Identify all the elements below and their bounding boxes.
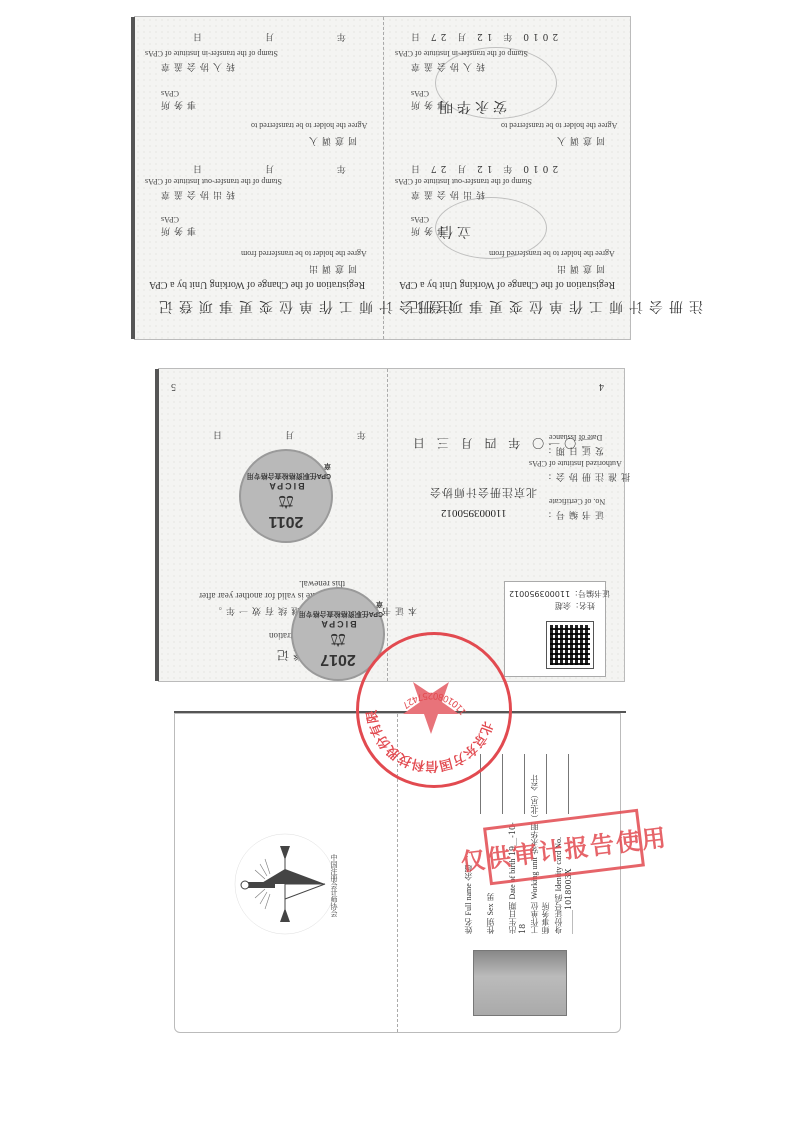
agree-in-en: Agree the holder to be transferred to	[501, 121, 617, 130]
title-cn: 注册会计师工作单位变更事项登记	[403, 297, 703, 317]
authorized-label-en: Authorized Institute of CPAs	[529, 459, 622, 468]
label-en: Full name	[464, 883, 473, 915]
page-number: 4	[599, 381, 604, 392]
binding-edge	[155, 369, 159, 681]
agree-in-cn: 同意调入	[553, 135, 605, 148]
agree-out-en: Agree the holder to be transferred from	[241, 249, 367, 258]
title-en: Registration of the Change of Working Un…	[399, 279, 615, 290]
cicpa-logo-icon	[225, 824, 345, 944]
field-line	[524, 754, 525, 814]
agree-in-cn: 同意调入	[305, 135, 357, 148]
out-stamp-cn: 转出协会盖章	[407, 189, 485, 202]
qr-info-box: 证书编号：110003950012 姓名：余超	[504, 581, 606, 677]
label-cn: 身份证号码	[554, 894, 563, 934]
qr-name: 姓名：余超	[555, 600, 595, 611]
issue-label-en: Date of Issuance	[549, 433, 602, 442]
firm2-en: CPAs	[161, 89, 179, 98]
seal-year: 2017	[320, 651, 356, 669]
authorized-label-cn: 批准注册协会：	[539, 471, 630, 484]
firm2-en: CPAs	[411, 89, 429, 98]
title-en: Registration of the Change of Working Un…	[149, 279, 365, 290]
cert-no-label-cn: 证书编号：	[539, 509, 604, 522]
agree-out-cn: 同意调出	[553, 263, 605, 276]
label-cn: 出生日期	[508, 902, 517, 934]
cert-no: 110003950012	[441, 507, 507, 519]
label-cn: 姓名	[464, 918, 473, 934]
qr-cert-no: 证书编号：110003950012	[509, 588, 610, 599]
out-stamp-en: Stamp of the transfer-out Institute of C…	[145, 177, 282, 186]
date-in: 2010 年 12 月 27 日	[407, 31, 558, 44]
red-box-text: 仅供审计报告使用	[459, 817, 670, 877]
field-line	[546, 754, 547, 814]
firm2-cn: 事务所	[407, 99, 446, 112]
holder-photo	[473, 950, 567, 1016]
date-out: 2010 年 12 月 27 日	[407, 163, 558, 176]
red-company-seal: 北京东方国信科技股份有限公司 1101080257427	[356, 632, 512, 788]
out-stamp-cn: 转出协会盖章	[157, 189, 235, 202]
issue-label-cn: 发证日期：	[539, 445, 604, 458]
label-cn: 工作单位	[530, 902, 539, 934]
spread-top-work-unit-change: 注册会计师工作单位变更事项登记 Registration of the Chan…	[134, 16, 631, 340]
date-cn: 年 月 日	[183, 429, 366, 442]
in-stamp-en: Stamp of the transfer-in Institute of CP…	[145, 49, 278, 58]
firm2-cn: 事务所	[157, 99, 196, 112]
firm-en: CPAs	[411, 215, 429, 224]
firm-cn: 事务所	[157, 225, 196, 238]
value: ______1018003X	[564, 869, 573, 934]
qr-code	[547, 622, 593, 668]
seal-label: CPA任职资格检查合格专用章	[293, 600, 383, 620]
left-page-cicpa-logo: THE CHINESE INSTITUTE OF CERTIFIED PUBLI…	[225, 824, 345, 944]
logo-ring-cn: 中国注册会计师协会	[329, 854, 339, 917]
page-spine	[383, 17, 385, 339]
authorized-value: 北京注册会计师协会	[429, 485, 537, 501]
label-cn: 性别	[486, 918, 495, 934]
in-stamp-en: Stamp of the transfer-in Institute of CP…	[395, 49, 528, 58]
seal-year: 2011	[269, 513, 304, 531]
date2-cn: 年 月 日	[163, 31, 346, 44]
in-stamp-cn: 转入协会盖章	[157, 61, 235, 74]
agree-out-cn: 同意调出	[305, 263, 357, 276]
agree-in-en: Agree the holder to be transferred to	[251, 121, 367, 130]
cert-no-label-en: No. of Certificate	[549, 497, 605, 506]
seal-abbr: BICPA	[267, 482, 304, 492]
page-number: 5	[171, 381, 176, 392]
firm-en: CPAs	[161, 215, 179, 224]
seal-2011-annual-check: 2011 ⚖ BICPA CPA任职资格检查合格专用章	[239, 449, 333, 543]
scales-icon: ⚖	[330, 630, 346, 651]
seal-abbr: BICPA	[319, 620, 356, 630]
scales-icon: ⚖	[278, 492, 294, 513]
in-stamp-cn: 转入协会盖章	[407, 61, 485, 74]
value: 男	[486, 893, 495, 901]
firm-cn: 事务所	[407, 225, 446, 238]
date-cn: 年 月 日	[163, 163, 346, 176]
out-stamp-en: Stamp of the transfer-out Institute of C…	[395, 177, 532, 186]
red-star-icon: 北京东方国信科技股份有限公司 1101080257427	[356, 632, 506, 782]
seal-label: CPA任职资格检查合格专用章	[241, 462, 331, 482]
label-en: Sex	[486, 903, 495, 915]
field-line	[568, 754, 569, 814]
binding-edge	[131, 17, 135, 339]
